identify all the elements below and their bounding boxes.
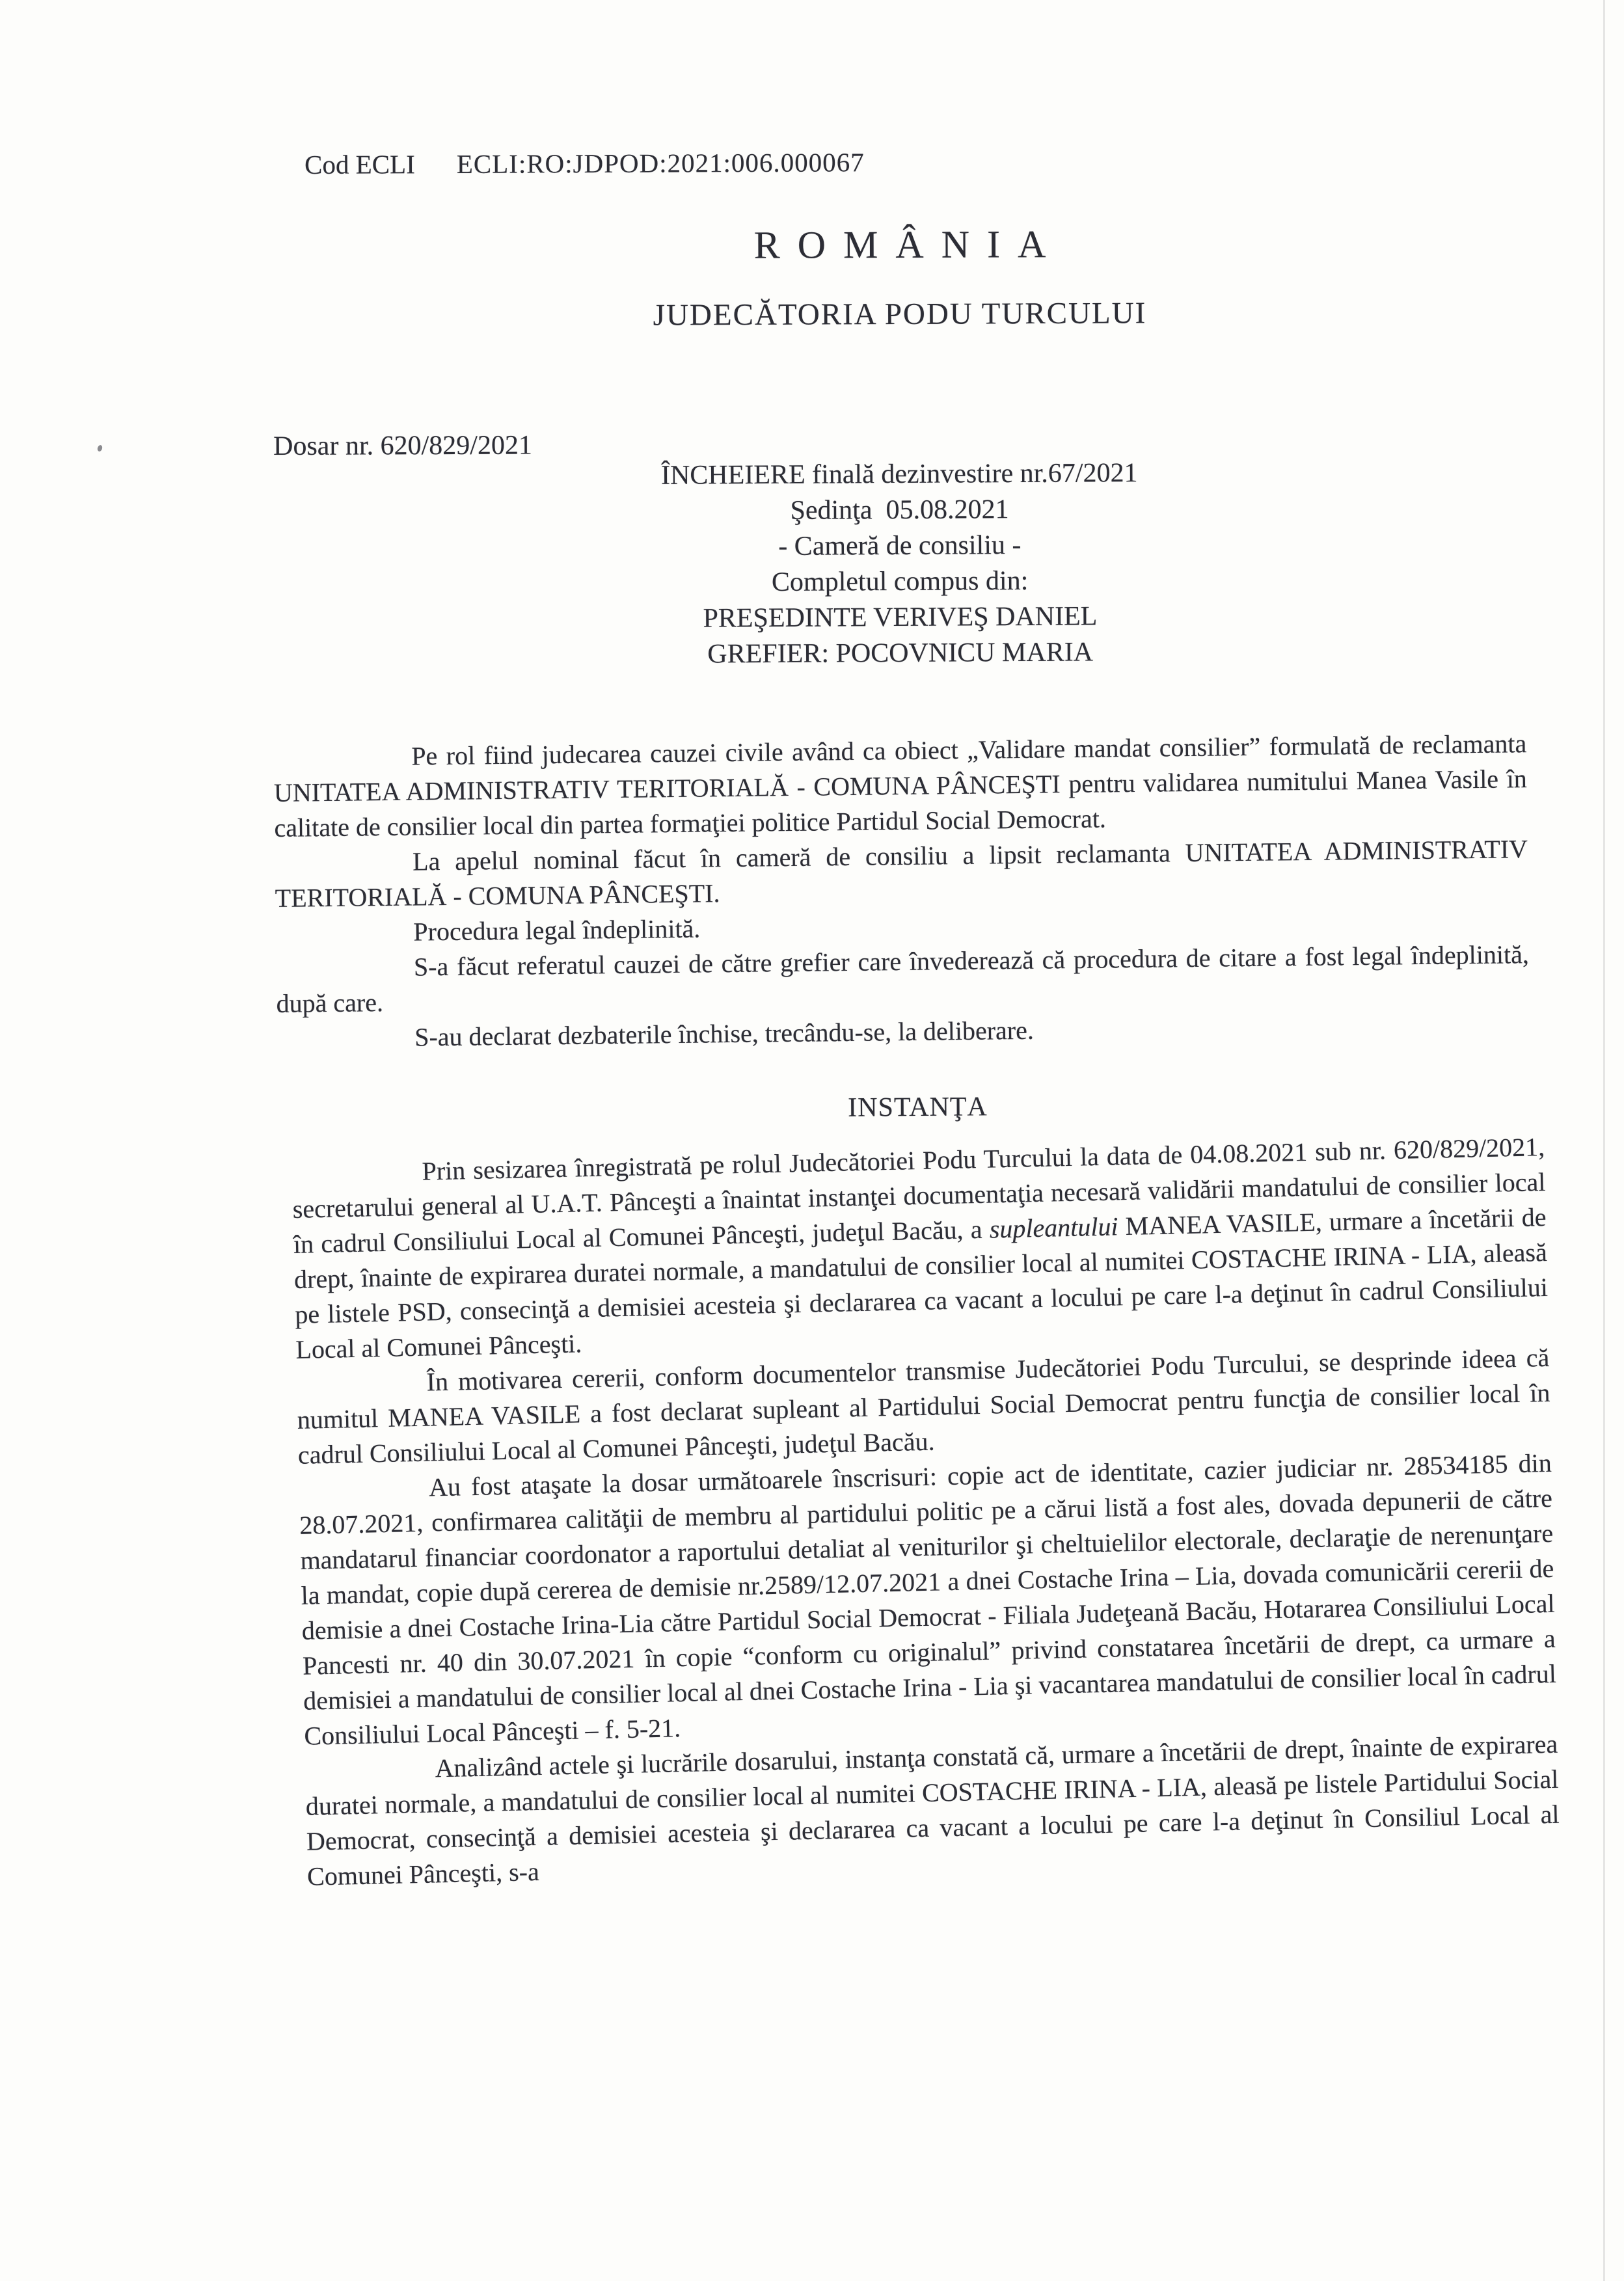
session-date: Şedinţa 05.08.2021 <box>273 489 1526 532</box>
paragraph-analysis: Analizând actele şi lucrările dosarului,… <box>304 1727 1560 1895</box>
clerk-name: GREFIER: POCOVNICU MARIA <box>274 632 1527 675</box>
ecli-code: ECLI:RO:JDPOD:2021:006.000067 <box>457 147 865 179</box>
ecli-line: Cod ECLIECLI:RO:JDPOD:2021:006.000067 <box>304 143 1526 181</box>
paragraph-case-object: Pe rol fiind judecarea cauzei civile avâ… <box>273 726 1528 846</box>
panel-label: Completul compus din: <box>273 561 1526 603</box>
scan-speck-artifact <box>97 444 103 452</box>
court-title: JUDECĂTORIA PODU TURCULUI <box>273 293 1526 336</box>
document-content: Cod ECLIECLI:RO:JDPOD:2021:006.000067 RO… <box>273 0 1526 1895</box>
reasoning-section: Prin sesizarea înregistrată pe rolul Jud… <box>291 1129 1560 1895</box>
procedural-section: Pe rol fiind judecarea cauzei civile avâ… <box>273 726 1530 1057</box>
president-name: PREŞEDINTE VERIVEŞ DANIEL <box>273 597 1526 639</box>
scanned-court-document-page: Cod ECLIECLI:RO:JDPOD:2021:006.000067 RO… <box>0 0 1624 2281</box>
paragraph-referral: Prin sesizarea înregistrată pe rolul Jud… <box>291 1129 1549 1368</box>
ruling-header-block: ÎNCHEIERE finală dezinvestire nr.67/2021… <box>273 453 1527 675</box>
country-title: ROMÂNIA <box>273 219 1526 271</box>
chamber-note: - Cameră de consiliu - <box>273 525 1526 567</box>
ruling-title: ÎNCHEIERE finală dezinvestire nr.67/2021 <box>273 453 1526 496</box>
scan-edge-artifact <box>1603 0 1605 2281</box>
court-section-heading: INSTANŢA <box>309 1086 1526 1128</box>
ecli-label: Cod ECLI <box>304 149 415 180</box>
paragraph-attached-documents: Au fost ataşate la dosar următoarele îns… <box>299 1446 1558 1754</box>
